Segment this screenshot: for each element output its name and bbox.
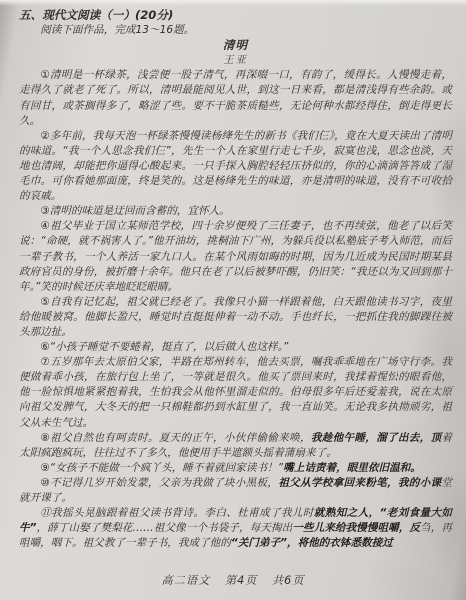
section-heading: 五、现代文阅读（一）(20分) (19, 8, 452, 23)
page-content: 五、现代文阅读（一）(20分) 阅读下面作品，完成13～16题。 清明 王亚 ①… (19, 8, 452, 551)
scanned-exam-page: 五、现代文阅读（一）(20分) 阅读下面作品，完成13～16题。 清明 王亚 ①… (0, 0, 466, 600)
footer-total-pages: 共6页 (272, 574, 305, 587)
body-text: ，薛丁山娶了樊梨花……祖父像一个书袋子，每天掏出 (36, 522, 292, 534)
emphasized-text: “关门弟子”，将他的衣钵悉数接过 (231, 537, 393, 549)
body-text: ⑩不记得几岁开始发蒙，父亲为我做了块小黑板， (40, 477, 278, 489)
paragraph-10: ⑩不记得几岁开始发蒙，父亲为我做了块小黑板，祖父从学校拿回来粉笔，我的小课堂就开… (19, 476, 452, 506)
paragraph-2: ②多年前，我每天泡一杯绿茶慢慢读杨绛先生的新书《我们仨》，竟在大夏天读出了清明的… (19, 129, 452, 204)
body-text: ⑥“小孩子睡觉不要蜷着，挺直了，以后做人也这样。” (40, 341, 288, 353)
page-footer: 高二语文 第4页 共6页 (0, 572, 466, 588)
emphasized-text: 嘴上诘责着，眼里依旧温和。 (283, 462, 421, 474)
body-text: ③清明的味道是迂回而含蓄的，宜怀人。 (40, 205, 230, 217)
footer-course-label: 高二语文 (162, 574, 211, 587)
paragraph-3: ③清明的味道是迂回而含蓄的，宜怀人。 (19, 204, 452, 219)
paragraph-5: ⑤自我有记忆起，祖父就已经老了。我像只小猫一样跟着他，白天跟他读书习字，夜里给他… (19, 295, 452, 340)
body-text: ⑨“女孩子不能做一个疯丫头，睡不着就回家读书！” (40, 462, 283, 474)
paragraph-1: ①清明是一杯绿茶，浅尝便一股子清气，再深啜一口，有韵了，缓得长。人慢慢走着，走得… (19, 68, 452, 128)
body-text: ⑪我摇头晃脑跟着祖父读书背诗。李白、杜甫成了我儿时 (40, 507, 314, 519)
paragraph-6: ⑥“小孩子睡觉不要蜷着，挺直了，以后做人也这样。” (19, 340, 452, 355)
emphasized-text: 一些儿来给我慢慢咀嚼，反 (292, 522, 420, 534)
article-author: 王亚 (19, 53, 452, 68)
body-text: ④祖父毕业于国立某师范学校，四十余岁便殁了三任妻子，也不再续弦，他老了以后笑说：… (19, 220, 452, 292)
paragraph-8: ⑧祖父自然也有呵责时。夏天的正午，小伙伴偷偷来唤，我趁他午睡，溜了出去，顶着太阳… (19, 431, 452, 461)
emphasized-text: 祖父从学校拿回来粉笔，我的小课 (278, 477, 441, 489)
footer-page-number: 第4页 (225, 574, 258, 587)
body-text: ⑤自我有记忆起，祖父就已经老了。我像只小猫一样跟着他，白天跟他读书习字，夜里给他… (19, 296, 452, 338)
article-title: 清明 (19, 38, 452, 53)
paragraph-4: ④祖父毕业于国立某师范学校，四十余岁便殁了三任妻子，也不再续弦，他老了以后笑说：… (19, 219, 452, 294)
body-text: ①清明是一杯绿茶，浅尝便一股子清气，再深啜一口，有韵了，缓得长。人慢慢走着，走得… (19, 69, 452, 126)
paragraph-7: ⑦五岁那年去太原伯父家，半路在郑州转车，他去买票，嘱我乖乖地在广场守行李。我便做… (19, 355, 452, 430)
body-text: ⑧祖父自然也有呵责时。夏天的正午，小伙伴偷偷来唤， (40, 432, 311, 444)
paragraph-11: ⑪我摇头晃脑跟着祖父读书背诗。李白、杜甫成了我儿时就熟知之人，“老刘食量大如牛”… (19, 506, 452, 551)
instruction-line: 阅读下面作品，完成13～16题。 (19, 23, 452, 38)
body-text: ⑦五岁那年去太原伯父家，半路在郑州转车，他去买票，嘱我乖乖地在广场守行李。我便做… (19, 356, 452, 428)
paragraph-9: ⑨“女孩子不能做一个疯丫头，睡不着就回家读书！”嘴上诘责着，眼里依旧温和。 (19, 461, 452, 476)
emphasized-text: 我趁他午睡，溜了出去，顶 (311, 432, 441, 444)
body-text: ②多年前，我每天泡一杯绿茶慢慢读杨绛先生的新书《我们仨》，竟在大夏天读出了清明的… (19, 130, 452, 202)
